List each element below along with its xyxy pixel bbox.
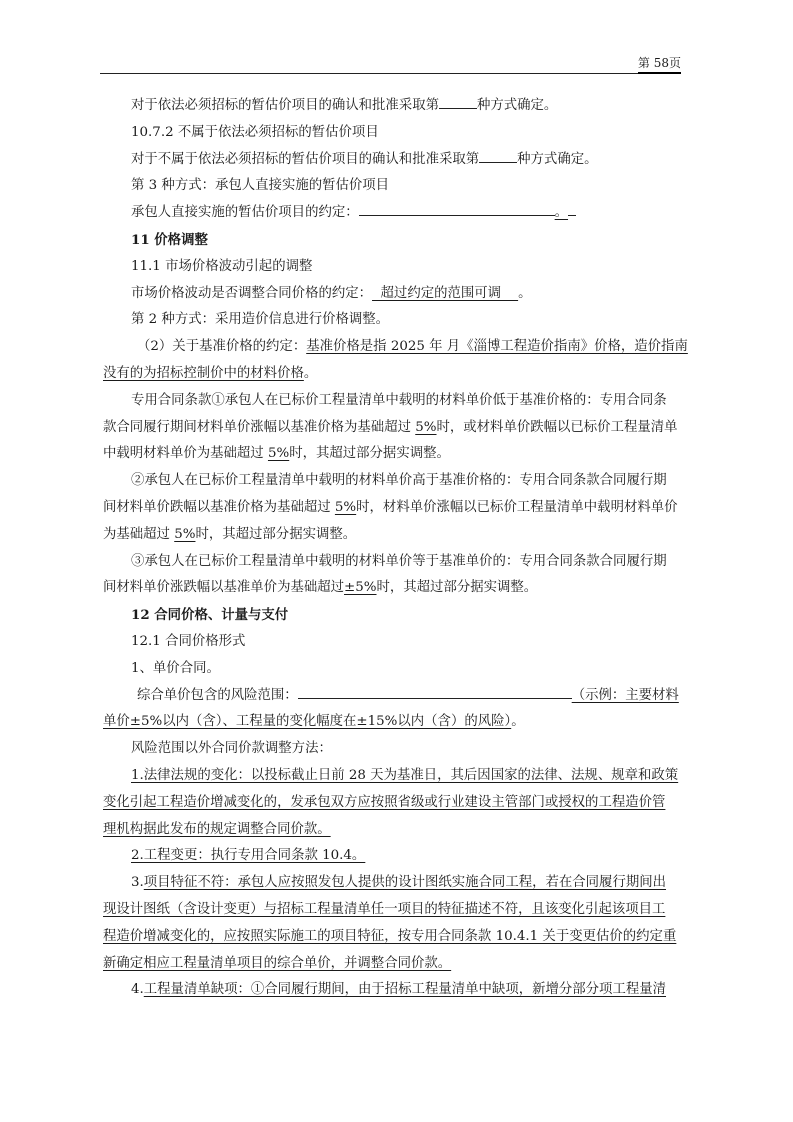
list-item: 3.项目特征不符：承包人应按照发包人提供的设计图纸实施合同工程，若在合同履行期间… — [103, 870, 689, 897]
paragraph-line: 第 3 种方式：承包人直接实施的暂估价项目 — [103, 173, 689, 200]
filled-field[interactable]: 5% — [268, 446, 289, 461]
paragraph-line: 款合同履行期间材料单价涨幅以基准价格为基础超过 5%时，或材料单价跌幅以已标价工… — [103, 415, 689, 442]
text: 款合同履行期间材料单价涨幅以基准价格为基础超过 — [103, 420, 415, 435]
text: 。 — [555, 205, 568, 220]
text: 。 — [511, 714, 524, 729]
text: 。 — [518, 286, 531, 301]
blank-field[interactable] — [439, 94, 477, 109]
list-item-line: 理机构据此发布的规定调整合同价款。 — [103, 817, 689, 844]
list-item: 4.工程量清单缺项：①合同履行期间，由于招标工程量清单中缺项，新增分部分项工程量… — [103, 977, 689, 1004]
text: 对于依法必须招标的暂估价项目的确认和批准采取第 — [131, 98, 439, 113]
paragraph-line: 风险范围以外合同价款调整方法： — [103, 736, 689, 763]
filled-field[interactable]: ±5% — [344, 580, 376, 595]
list-item-line: 程造价增减变化的，应按照实际施工的项目特征，按专用合同条款 10.4.1 关于变… — [103, 924, 689, 951]
list-item: 1.法律法规的变化：以投标截止日前 28 天为基准日，其后因国家的法律、法规、规… — [103, 763, 689, 790]
paragraph-line: 市场价格波动是否调整合同价格的约定： 超过约定的范围可调 。 — [103, 281, 689, 308]
paragraph-line: 中载明材料单价为基础超过 5%时，其超过部分据实调整。 — [103, 441, 689, 468]
list-item: 2.工程变更：执行专用合同条款 10.4。 — [103, 843, 689, 870]
document-body: 对于依法必须招标的暂估价项目的确认和批准采取第种方式确定。 10.7.2 不属于… — [103, 93, 689, 1004]
text: 承包人直接实施的暂估价项目的约定： — [131, 205, 359, 220]
text: 中载明材料单价为基础超过 — [103, 446, 268, 461]
text: 间材料单价涨跌幅以基准单价为基础超过 — [103, 580, 344, 595]
text: 间材料单价跌幅以基准价格为基础超过 — [103, 500, 335, 515]
paragraph-line: 单价±5%以内（含）、工程量的变化幅度在±15%以内（含）的风险）。 — [103, 709, 689, 736]
text: 时，其超过部分据实调整。 — [195, 527, 356, 542]
text: 。 — [304, 366, 317, 381]
text: 对于不属于依法必须招标的暂估价项目的确认和批准采取第 — [131, 152, 479, 167]
text: （示例：主要材料 — [572, 688, 679, 703]
filled-field[interactable]: 没有的为招标控制价中的材料价格 — [103, 366, 304, 381]
paragraph-line: 为基础超过 5%时，其超过部分据实调整。 — [103, 522, 689, 549]
paragraph-line: 对于不属于依法必须招标的暂估价项目的确认和批准采取第种方式确定。 — [103, 147, 689, 174]
underline — [568, 200, 576, 216]
filled-field[interactable]: 基准价格是指 2025 年 月《淄博工程造价指南》价格，造价指南 — [306, 339, 688, 354]
paragraph-line: 间材料单价跌幅以基准价格为基础超过 5%时，材料单价涨幅以已标价工程量清单中载明… — [103, 495, 689, 522]
text: 理机构据此发布的规定调整合同价款。 — [103, 822, 331, 837]
paragraph-line: 间材料单价涨跌幅以基准单价为基础超过±5%时，其超过部分据实调整。 — [103, 575, 689, 602]
blank-field[interactable] — [298, 683, 572, 699]
text: （2）关于基准价格的约定： — [137, 339, 306, 354]
text: 3. — [131, 875, 144, 890]
text: 种方式确定。 — [477, 98, 557, 113]
paragraph-line: 1、单价合同。 — [103, 656, 689, 683]
filled-field[interactable]: 5% — [335, 500, 356, 515]
subsection-heading: 10.7.2 不属于依法必须招标的暂估价项目 — [103, 120, 689, 147]
paragraph-line: 对于依法必须招标的暂估价项目的确认和批准采取第种方式确定。 — [103, 93, 689, 120]
paragraph-line: 没有的为招标控制价中的材料价格。 — [103, 361, 689, 388]
text: 时，其超过部分据实调整。 — [377, 580, 538, 595]
paragraph-line: 承包人直接实施的暂估价项目的约定：。 — [103, 200, 689, 227]
filled-field[interactable]: 5% — [174, 527, 195, 542]
paragraph-line: ③承包人在已标价工程量清单中载明的材料单价等于基准单价的：专用合同条款合同履行期 — [103, 549, 689, 576]
blank-field[interactable] — [359, 200, 555, 216]
paragraph-line: ②承包人在已标价工程量清单中载明的材料单价高于基准价格的：专用合同条款合同履行期 — [103, 468, 689, 495]
text: 市场价格波动是否调整合同价格的约定： — [131, 286, 372, 301]
subsection-heading: 12.1 合同价格形式 — [103, 629, 689, 656]
page-number: 第 58页 — [638, 55, 681, 74]
list-item-line: 现设计图纸（含设计变更）与招标工程量清单任一项目的特征描述不符，且该变化引起该项… — [103, 897, 689, 924]
text: 工程量清单缺项：①合同履行期间，由于招标工程量清单中缺项，新增分部分项工程量清 — [144, 982, 666, 997]
filled-field[interactable]: 超过约定的范围可调 — [372, 286, 518, 301]
text: 单价±5%以内（含）、工程量的变化幅度在±15%以内（含）的风险） — [103, 714, 511, 729]
text: 综合单价包含的风险范围： — [137, 688, 298, 703]
section-heading-11: 11 价格调整 — [103, 227, 689, 254]
text: 4. — [131, 982, 144, 997]
blank-field[interactable] — [479, 148, 517, 163]
list-item-line: 变化引起工程造价增减变化的，发承包双方应按照省级或行业建设主管部门或授权的工程造… — [103, 790, 689, 817]
filled-field[interactable]: 5% — [415, 420, 436, 435]
page-header: 第 58页 — [100, 55, 681, 74]
text: 时，或材料单价跌幅以已标价工程量清单 — [437, 420, 678, 435]
paragraph-line: 第 2 种方式：采用造价信息进行价格调整。 — [103, 307, 689, 334]
text: 新确定相应工程量清单项目的综合单价，并调整合同价款。 — [103, 956, 451, 971]
text: 为基础超过 — [103, 527, 174, 542]
paragraph-line: （2）关于基准价格的约定：基准价格是指 2025 年 月《淄博工程造价指南》价格… — [103, 334, 689, 361]
section-heading-12: 12 合同价格、计量与支付 — [103, 602, 689, 629]
text: 时，其超过部分据实调整。 — [289, 446, 450, 461]
text: 时，材料单价涨幅以已标价工程量清单中载明材料单价 — [356, 500, 677, 515]
subsection-heading: 11.1 市场价格波动引起的调整 — [103, 254, 689, 281]
paragraph-line: 专用合同条款①承包人在已标价工程量清单中载明的材料单价低于基准价格的：专用合同条 — [103, 388, 689, 415]
list-item-line: 新确定相应工程量清单项目的综合单价，并调整合同价款。 — [103, 951, 689, 978]
text: 2.工程变更：执行专用合同条款 10.4。 — [131, 848, 365, 863]
paragraph-line: 综合单价包含的风险范围：（示例：主要材料 — [103, 683, 689, 710]
text: 种方式确定。 — [517, 152, 597, 167]
text: 项目特征不符：承包人应按照发包人提供的设计图纸实施合同工程，若在合同履行期间出 — [144, 875, 666, 890]
